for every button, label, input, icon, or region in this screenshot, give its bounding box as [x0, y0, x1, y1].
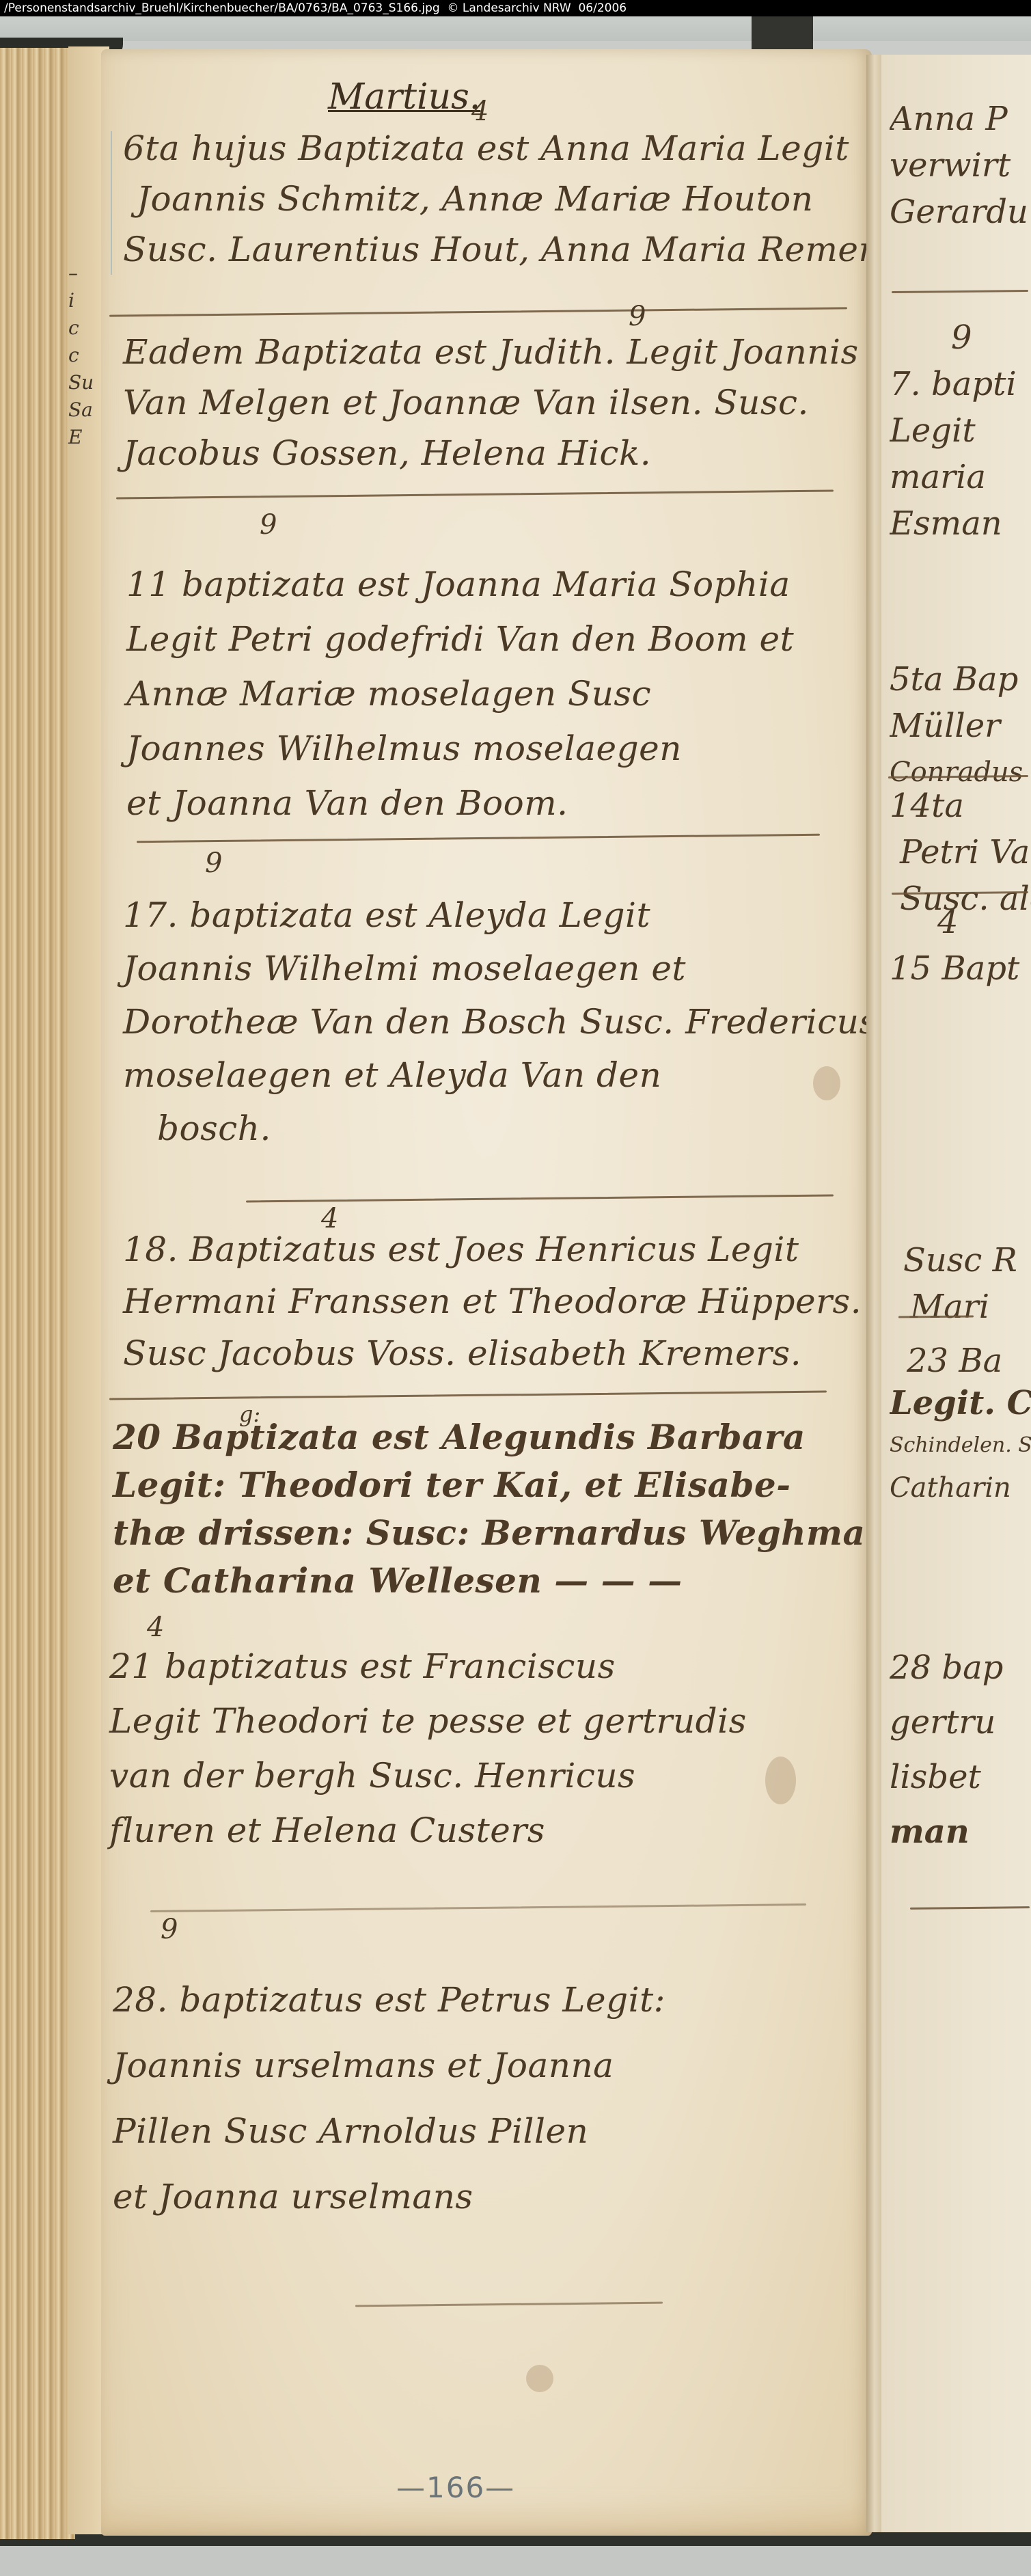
- entry-line: Legit: Theodori ter Kai, et Elisabe-: [113, 1461, 890, 1509]
- page-number: —166—: [396, 2471, 515, 2504]
- entry-line: fluren et Helena Custers: [109, 1803, 747, 1858]
- fragment-line: Müller: [890, 703, 1031, 749]
- entry-marker: 9: [161, 1914, 178, 1945]
- entry-line: Pillen Susc Arnoldus Pillen: [113, 2098, 665, 2164]
- register-entry: 21 baptizatus est Franciscus Legit Theod…: [109, 1639, 747, 1858]
- fragment-line: Esman: [890, 500, 1031, 547]
- margin-fragment: Sa: [68, 396, 102, 424]
- entry-line: Joannis Schmitz, Annæ Mariæ Houton: [123, 174, 881, 224]
- margin-fragment: i: [68, 287, 102, 314]
- fragment-line: verwirt: [890, 142, 1031, 189]
- right-page-entry: 28 bap gertru lisbet man: [890, 1640, 1031, 1859]
- page-title: Martius.: [328, 77, 480, 118]
- right-page-entry: 23 Ba Legit. C Schindelen. S Catharin: [890, 1340, 1031, 1509]
- entry-line: et Joanna Van den Boom.: [126, 776, 794, 830]
- fragment-line: Catharin: [890, 1467, 1031, 1509]
- register-entry: 17. baptizata est Aleyda Legit Joannis W…: [123, 889, 877, 1155]
- entry-line: 20 Baptizata est Alegundis Barbara: [113, 1413, 890, 1461]
- fragment-line: Mari: [890, 1284, 1031, 1330]
- fragment-line: 15 Bapt: [890, 945, 1031, 992]
- entry-line: bosch.: [123, 1102, 877, 1155]
- entry-line: thæ drissen: Susc: Bernardus Weghman: [113, 1509, 890, 1557]
- entry-line: 21 baptizatus est Franciscus: [109, 1639, 747, 1694]
- margin-fragment: c: [68, 314, 102, 342]
- fragment-line: Legit. C: [890, 1382, 1031, 1424]
- entry-line: Annæ Mariæ moselagen Susc: [126, 666, 794, 721]
- entry-line: Legit Theodori te pesse et gertrudis: [109, 1694, 747, 1748]
- fragment-line: lisbet: [890, 1750, 1031, 1804]
- entry-line: Jacobus Gossen, Helena Hick.: [123, 428, 859, 478]
- fragment-line: 4: [890, 899, 1031, 945]
- entry-line: et Joanna urselmans: [113, 2164, 665, 2229]
- right-page-entry: 4 15 Bapt: [890, 899, 1031, 992]
- entry-line: Susc Jacobus Voss. elisabeth Kremers.: [123, 1327, 862, 1379]
- entry-line: Joannis urselmans et Joanna: [113, 2033, 665, 2098]
- fragment-line: 14ta: [890, 783, 1031, 829]
- margin-fragment: c: [68, 342, 102, 369]
- fragment-line: man: [890, 1804, 1031, 1859]
- margin-fragment: –: [68, 260, 102, 287]
- entry-line: et Catharina Wellesen — — —: [113, 1557, 890, 1605]
- margin-fragment: E: [68, 424, 102, 451]
- register-entry: 11 baptizata est Joanna Maria Sophia Leg…: [126, 557, 794, 830]
- margin-fragment: Su: [68, 369, 102, 396]
- left-margin-fragments: – i c c Su Sa E: [68, 260, 102, 451]
- fragment-line: 28 bap: [890, 1640, 1031, 1695]
- fragment-line: Anna P: [890, 96, 1031, 142]
- ink-stain: [526, 2365, 553, 2392]
- entry-line: Joannes Wilhelmus moselaegen: [126, 721, 794, 776]
- fragment-line: 7. bapti: [890, 361, 1031, 407]
- entry-line: 11 baptizata est Joanna Maria Sophia: [126, 557, 794, 612]
- book-binding-shadow: [752, 16, 813, 51]
- right-page-entry: 9 7. bapti Legit maria Esman: [890, 314, 1031, 547]
- book-cover-top: [0, 16, 1031, 41]
- ink-stain: [765, 1757, 796, 1804]
- fragment-line: Gerardu: [890, 189, 1031, 235]
- entry-line: Legit Petri godefridi Van den Boom et: [126, 612, 794, 666]
- fragment-line: gertru: [890, 1695, 1031, 1750]
- margin-rule: [111, 131, 112, 275]
- fragment-line: maria: [890, 454, 1031, 500]
- fragment-line: 9: [890, 314, 1031, 361]
- fragment-line: Petri Va: [890, 829, 1031, 876]
- right-page-entry: Anna P verwirt Gerardu: [890, 96, 1031, 235]
- entry-line: Dorotheæ Van den Bosch Susc. Fredericus: [123, 995, 877, 1048]
- entry-line: Hermani Franssen et Theodoræ Hüppers.: [123, 1275, 862, 1327]
- entry-line: 6ta hujus Baptizata est Anna Maria Legit: [123, 123, 881, 174]
- entry-line: Van Melgen et Joannæ Van ilsen. Susc.: [123, 377, 859, 428]
- archive-path-header: /Personenstandsarchiv_Bruehl/Kirchenbuec…: [0, 0, 1031, 16]
- entry-marker: 9: [205, 848, 222, 879]
- entry-line: Susc. Laurentius Hout, Anna Maria Remen: [123, 224, 881, 275]
- register-entry: 6ta hujus Baptizata est Anna Maria Legit…: [123, 123, 881, 275]
- fragment-line: 23 Ba: [890, 1340, 1031, 1382]
- entry-line: 28. baptizatus est Petrus Legit:: [113, 1967, 665, 2033]
- book-cover-bottom: [0, 2546, 1031, 2576]
- entry-line: 17. baptizata est Aleyda Legit: [123, 889, 877, 942]
- page-stack-edges: [0, 48, 75, 2539]
- register-entry: Eadem Baptizata est Judith. Legit Joanni…: [123, 327, 859, 478]
- entry-line: 18. Baptizatus est Joes Henricus Legit: [123, 1223, 862, 1275]
- register-entry: 28. baptizatus est Petrus Legit: Joannis…: [113, 1967, 665, 2229]
- entry-line: van der bergh Susc. Henricus: [109, 1748, 747, 1803]
- fragment-line: Legit: [890, 407, 1031, 454]
- fragment-line: 5ta Bap: [890, 656, 1031, 703]
- entry-line: Eadem Baptizata est Judith. Legit Joanni…: [123, 327, 859, 377]
- register-entry: 20 Baptizata est Alegundis Barbara Legit…: [113, 1413, 890, 1605]
- fragment-line: Susc R: [890, 1237, 1031, 1284]
- register-entry: 18. Baptizatus est Joes Henricus Legit H…: [123, 1223, 862, 1379]
- entry-marker: 9: [260, 509, 277, 541]
- entry-line: Joannis Wilhelmi moselaegen et: [123, 942, 877, 995]
- entry-line: moselaegen et Aleyda Van den: [123, 1048, 877, 1102]
- fragment-line: Schindelen. S: [890, 1424, 1031, 1467]
